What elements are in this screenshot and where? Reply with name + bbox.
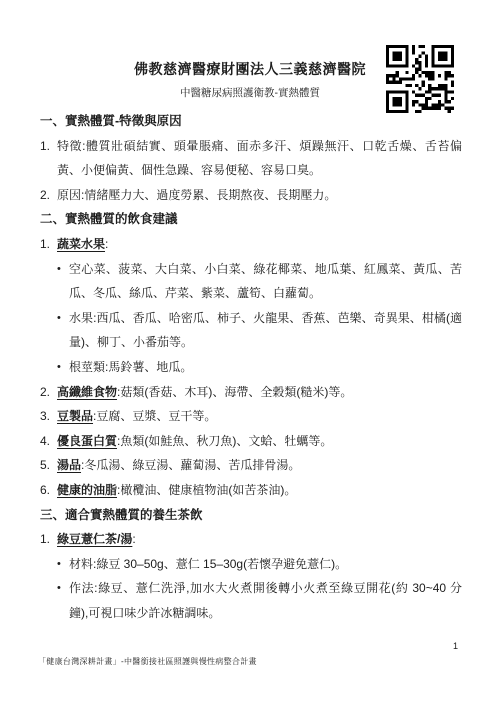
item-number: 1.: [40, 232, 57, 257]
list-item: 2. 高纖維食物:菇類(香菇、木耳)、海帶、全穀類(糙米)等。: [40, 380, 462, 405]
bullet-item: • 作法:綠豆、薏仁洗淨,加水大火煮開後轉小火煮至綠豆開花(約 30~40 分鐘…: [40, 576, 462, 625]
document-title: 佛教慈濟醫療財團法人三義慈濟醫院: [0, 58, 500, 80]
item-text: 原因:情緒壓力大、過度勞累、長期熬夜、長期壓力。: [57, 183, 462, 208]
section-heading-3: 三、適合實熱體質的養生茶飲: [40, 503, 462, 528]
item-number: 4.: [40, 429, 57, 454]
document-body: 一、實熱體質-特徵與原因 1. 特徵:體質壯碩結實、頭暈脹痛、面赤多汗、煩躁無汗…: [40, 109, 462, 625]
bullet-icon: •: [57, 576, 69, 625]
bullet-icon: •: [57, 355, 69, 380]
section-heading-1: 一、實熱體質-特徵與原因: [40, 109, 462, 134]
bullet-text: 作法:綠豆、薏仁洗淨,加水大火煮開後轉小火煮至綠豆開花(約 30~40 分鐘),…: [69, 576, 462, 625]
list-item: 1. 蔬菜水果:: [40, 232, 462, 257]
item-number: 1.: [40, 527, 57, 552]
page-number: 1: [453, 641, 458, 651]
document-header: 佛教慈濟醫療財團法人三義慈濟醫院 中醫糖尿病照護衛教-實熱體質: [0, 58, 500, 104]
bullet-text: 空心菜、菠菜、大白菜、小白菜、綠花椰菜、地瓜葉、紅鳳菜、黃瓜、苦瓜、冬瓜、絲瓜、…: [69, 257, 462, 306]
item-number: 3.: [40, 404, 57, 429]
bullet-item: • 水果:西瓜、香瓜、哈密瓜、柿子、火龍果、香蕉、芭樂、奇異果、柑橘(適量)、柳…: [40, 306, 462, 355]
item-text: 蔬菜水果:: [57, 232, 462, 257]
bullet-icon: •: [57, 306, 69, 355]
list-item: 1. 特徵:體質壯碩結實、頭暈脹痛、面赤多汗、煩躁無汗、口乾舌燥、舌苔偏黃、小便…: [40, 134, 462, 183]
list-item: 1. 綠豆薏仁茶/湯:: [40, 527, 462, 552]
item-number: 2.: [40, 380, 57, 405]
item-text: 湯品:冬瓜湯、綠豆湯、蘿蔔湯、苦瓜排骨湯。: [57, 453, 462, 478]
item-text: 綠豆薏仁茶/湯:: [57, 527, 462, 552]
document-subtitle: 中醫糖尿病照護衛教-實熱體質: [0, 82, 500, 104]
item-text: 高纖維食物:菇類(香菇、木耳)、海帶、全穀類(糙米)等。: [57, 380, 462, 405]
bullet-text: 材料:綠豆 30–50g、薏仁 15–30g(若懷孕避免薏仁)。: [69, 552, 462, 577]
bullet-text: 根莖類:馬鈴薯、地瓜。: [69, 355, 462, 380]
list-item: 4. 優良蛋白質:魚類(如鮭魚、秋刀魚)、文蛤、牡蠣等。: [40, 429, 462, 454]
footer-project-label: 「健康台灣深耕計畫」-中醫銜接社區照護與慢性病整合計畫: [38, 656, 257, 667]
list-item: 6. 健康的油脂:橄欖油、健康植物油(如苦茶油)。: [40, 478, 462, 503]
bullet-icon: •: [57, 552, 69, 577]
item-text: 特徵:體質壯碩結實、頭暈脹痛、面赤多汗、煩躁無汗、口乾舌燥、舌苔偏黃、小便偏黃、…: [57, 134, 462, 183]
item-number: 6.: [40, 478, 57, 503]
item-text: 豆製品:豆腐、豆漿、豆干等。: [57, 404, 462, 429]
list-item: 5. 湯品:冬瓜湯、綠豆湯、蘿蔔湯、苦瓜排骨湯。: [40, 453, 462, 478]
item-number: 1.: [40, 134, 57, 183]
bullet-text: 水果:西瓜、香瓜、哈密瓜、柿子、火龍果、香蕉、芭樂、奇異果、柑橘(適量)、柳丁、…: [69, 306, 462, 355]
list-item: 3. 豆製品:豆腐、豆漿、豆干等。: [40, 404, 462, 429]
bullet-item: • 根莖類:馬鈴薯、地瓜。: [40, 355, 462, 380]
bullet-item: • 空心菜、菠菜、大白菜、小白菜、綠花椰菜、地瓜葉、紅鳳菜、黃瓜、苦瓜、冬瓜、絲…: [40, 257, 462, 306]
item-number: 5.: [40, 453, 57, 478]
document-page: 佛教慈濟醫療財團法人三義慈濟醫院 中醫糖尿病照護衛教-實熱體質 一、實熱體質-特…: [0, 0, 500, 707]
item-text: 健康的油脂:橄欖油、健康植物油(如苦茶油)。: [57, 478, 462, 503]
item-number: 2.: [40, 183, 57, 208]
bullet-icon: •: [57, 257, 69, 306]
section-heading-2: 二、實熱體質的飲食建議: [40, 207, 462, 232]
list-item: 2. 原因:情緒壓力大、過度勞累、長期熬夜、長期壓力。: [40, 183, 462, 208]
item-text: 優良蛋白質:魚類(如鮭魚、秋刀魚)、文蛤、牡蠣等。: [57, 429, 462, 454]
bullet-item: • 材料:綠豆 30–50g、薏仁 15–30g(若懷孕避免薏仁)。: [40, 552, 462, 577]
